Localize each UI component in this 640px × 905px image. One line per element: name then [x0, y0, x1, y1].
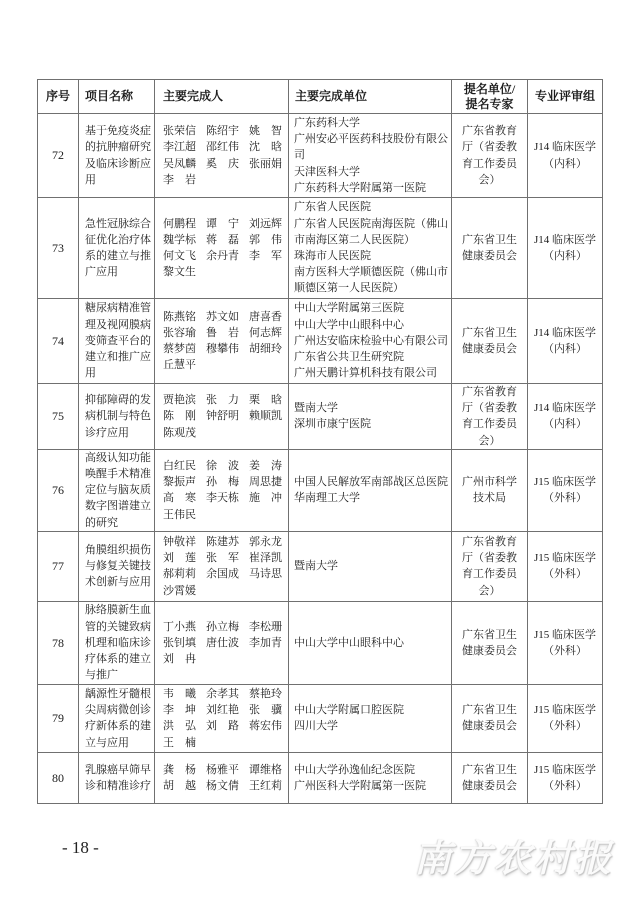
project-name: 高级认知功能唤醒手术精准定位与脑灰质数字图谱建立的研究 [79, 449, 155, 531]
persons-cell: 龚 杨杨雅平谭维格胡 越杨文倩王红莉 [155, 752, 289, 803]
table-row: 72 基于免疫炎症的抗肿瘤研究及临床诊断应用 张荣信陈绍宇姚 智李江超邵红伟沈 … [38, 114, 603, 198]
person-name: 丘慧平 [163, 357, 196, 373]
units-list: 中山大学中山眼科中心 [289, 601, 452, 684]
person-name: 姚 智 [249, 123, 282, 139]
row-number: 80 [38, 752, 79, 803]
person-name: 李 坤 [163, 702, 196, 718]
persons-list: 贾艳滨张 力栗 晗陈 刚钟舒明赖顺凯陈观茂 [163, 392, 282, 441]
review-group: J15 临床医学 （外科） [528, 752, 603, 803]
person-name: 邵红伟 [206, 139, 239, 155]
person-name: 唐仕波 [206, 635, 239, 651]
person-name: 刘 冉 [163, 651, 196, 667]
person-name: 李松珊 [249, 619, 282, 635]
person-name: 鲁 岩 [206, 325, 239, 341]
person-name: 王 楠 [163, 735, 196, 751]
person-name: 胡细玲 [249, 341, 282, 357]
project-name: 急性冠脉综合征优化治疗体系的建立与推广应用 [79, 198, 155, 299]
persons-list: 白红民徐 波姜 涛黎振声孙 梅周思捷高 寒李天栋施 冲王伟民 [163, 458, 282, 523]
header-persons: 主要完成人 [155, 80, 289, 114]
person-name: 李 军 [249, 248, 282, 264]
review-group: J15 临床医学 （外科） [528, 601, 603, 684]
review-group: J15 临床医学 （外科） [528, 684, 603, 752]
person-name: 陈建苏 [206, 534, 239, 550]
table-header-row: 序号 项目名称 主要完成人 主要完成单位 提名单位/ 提名专家 专业评审组 [38, 80, 603, 114]
units-list: 广东省人民医院 广东省人民医院南海医院（佛山市南海区第二人民医院） 珠海市人民医… [289, 198, 452, 299]
person-name: 徐 波 [206, 458, 239, 474]
person-name: 穆攀伟 [206, 341, 239, 357]
header-review-group: 专业评审组 [528, 80, 603, 114]
units-list: 暨南大学 [289, 531, 452, 601]
award-projects-table: 序号 项目名称 主要完成人 主要完成单位 提名单位/ 提名专家 专业评审组 72… [37, 79, 603, 804]
nominator: 广东省卫生健康委员会 [452, 684, 528, 752]
person-name: 张荣信 [163, 123, 196, 139]
newspaper-watermark: 南方农村报 [414, 828, 614, 882]
person-name: 崔泽凯 [249, 550, 282, 566]
person-name: 洪 弘 [163, 718, 196, 734]
review-group: J14 临床医学 （内科） [528, 299, 603, 384]
person-name: 张 骥 [249, 702, 282, 718]
table-row: 80 乳腺癌早筛早诊和精准诊疗 龚 杨杨雅平谭维格胡 越杨文倩王红莉 中山大学孙… [38, 752, 603, 803]
person-name: 钟舒明 [206, 408, 239, 424]
person-name: 栗 晗 [249, 392, 282, 408]
person-name: 陈绍宇 [206, 123, 239, 139]
table-row: 79 龋源性牙髓根尖周病微创诊疗新体系的建立与应用 韦 曦余孝其蔡艳玲李 坤刘红… [38, 684, 603, 752]
project-name: 脉络膜新生血管的关键致病机理和临床诊疗体系的建立与推广 [79, 601, 155, 684]
person-name: 何文飞 [163, 248, 196, 264]
persons-cell: 陈燕铭苏文如唐喜香张容瑜鲁 岩何志辉蔡梦茵穆攀伟胡细玲丘慧平 [155, 299, 289, 384]
person-name: 郭永龙 [249, 534, 282, 550]
person-name: 李天栋 [206, 490, 239, 506]
person-name: 张 力 [206, 392, 239, 408]
project-name: 基于免疫炎症的抗肿瘤研究及临床诊断应用 [79, 114, 155, 198]
persons-cell: 白红民徐 波姜 涛黎振声孙 梅周思捷高 寒李天栋施 冲王伟民 [155, 449, 289, 531]
person-name: 周思捷 [249, 474, 282, 490]
nominator: 广州市科学技术局 [452, 449, 528, 531]
person-name: 李江超 [163, 139, 196, 155]
person-name: 杨雅平 [206, 762, 239, 778]
person-name: 蔡梦茵 [163, 341, 196, 357]
persons-list: 丁小燕孙立梅李松珊张钊填唐仕波李加青刘 冉 [163, 619, 282, 668]
person-name: 沈 晗 [249, 139, 282, 155]
person-name: 张丽娟 [249, 156, 282, 172]
header-no: 序号 [38, 80, 79, 114]
header-nominator: 提名单位/ 提名专家 [452, 80, 528, 114]
table-row: 74 糖尿病精准管理及视网膜病变筛查平台的建立和推广应用 陈燕铭苏文如唐喜香张容… [38, 299, 603, 384]
person-name: 赖顺凯 [249, 408, 282, 424]
person-name: 蒋 磊 [206, 232, 239, 248]
person-name: 陈观茂 [163, 425, 196, 441]
person-name: 刘远辉 [249, 216, 282, 232]
persons-cell: 何鹏程谭 宁刘远辉魏学标蒋 磊郭 伟何文飞余丹青李 军黎文生 [155, 198, 289, 299]
units-list: 广东药科大学 广州安必平医药科技股份有限公司 天津医科大学 广东药科大学附属第一… [289, 114, 452, 198]
person-name: 姜 涛 [249, 458, 282, 474]
nominator: 广东省卫生健康委员会 [452, 601, 528, 684]
project-name: 抑郁障碍的发病机制与特色诊疗应用 [79, 384, 155, 450]
person-name: 郝莉莉 [163, 566, 196, 582]
person-name: 高 寒 [163, 490, 196, 506]
person-name: 龚 杨 [163, 762, 196, 778]
units-list: 中山大学附属口腔医院 四川大学 [289, 684, 452, 752]
project-name: 角膜组织损伤与修复关键技术创新与应用 [79, 531, 155, 601]
header-project-name: 项目名称 [79, 80, 155, 114]
row-number: 74 [38, 299, 79, 384]
review-group: J15 临床医学 （外科） [528, 531, 603, 601]
table-row: 73 急性冠脉综合征优化治疗体系的建立与推广应用 何鹏程谭 宁刘远辉魏学标蒋 磊… [38, 198, 603, 299]
nominator: 广东省卫生健康委员会 [452, 752, 528, 803]
row-number: 76 [38, 449, 79, 531]
person-name: 刘 莲 [163, 550, 196, 566]
person-name: 黎文生 [163, 264, 196, 280]
nominator: 广东省教育厅（省委教育工作委员会） [452, 531, 528, 601]
persons-cell: 张荣信陈绍宇姚 智李江超邵红伟沈 晗吴凤麟奚 庆张丽娟李 岩 [155, 114, 289, 198]
person-name: 蒋宏伟 [249, 718, 282, 734]
person-name: 孙 梅 [206, 474, 239, 490]
person-name: 蔡艳玲 [249, 686, 282, 702]
table-row: 78 脉络膜新生血管的关键致病机理和临床诊疗体系的建立与推广 丁小燕孙立梅李松珊… [38, 601, 603, 684]
project-name: 乳腺癌早筛早诊和精准诊疗 [79, 752, 155, 803]
review-group: J15 临床医学 （外科） [528, 449, 603, 531]
person-name: 王红莉 [249, 778, 282, 794]
nominator: 广东省教育厅（省委教育工作委员会） [452, 384, 528, 450]
person-name: 奚 庆 [206, 156, 239, 172]
persons-list: 钟敬祥陈建苏郭永龙刘 莲张 军崔泽凯郝莉莉余国成马诗思沙霄媛 [163, 534, 282, 599]
person-name: 胡 越 [163, 778, 196, 794]
person-name: 贾艳滨 [163, 392, 196, 408]
persons-list: 陈燕铭苏文如唐喜香张容瑜鲁 岩何志辉蔡梦茵穆攀伟胡细玲丘慧平 [163, 309, 282, 374]
project-name: 糖尿病精准管理及视网膜病变筛查平台的建立和推广应用 [79, 299, 155, 384]
units-list: 中山大学孙逸仙纪念医院 广州医科大学附属第一医院 [289, 752, 452, 803]
row-number: 75 [38, 384, 79, 450]
persons-cell: 贾艳滨张 力栗 晗陈 刚钟舒明赖顺凯陈观茂 [155, 384, 289, 450]
person-name: 唐喜香 [249, 309, 282, 325]
nominator: 广东省卫生健康委员会 [452, 198, 528, 299]
person-name: 郭 伟 [249, 232, 282, 248]
person-name: 魏学标 [163, 232, 196, 248]
person-name: 何志辉 [249, 325, 282, 341]
person-name: 陈 刚 [163, 408, 196, 424]
person-name: 孙立梅 [206, 619, 239, 635]
table-row: 76 高级认知功能唤醒手术精准定位与脑灰质数字图谱建立的研究 白红民徐 波姜 涛… [38, 449, 603, 531]
units-list: 中山大学附属第三医院 中山大学中山眼科中心 广州达安临床检验中心有限公司 广东省… [289, 299, 452, 384]
person-name: 王伟民 [163, 507, 196, 523]
person-name: 黎振声 [163, 474, 196, 490]
person-name: 白红民 [163, 458, 196, 474]
person-name: 余孝其 [206, 686, 239, 702]
review-group: J14 临床医学 （内科） [528, 114, 603, 198]
persons-cell: 钟敬祥陈建苏郭永龙刘 莲张 军崔泽凯郝莉莉余国成马诗思沙霄媛 [155, 531, 289, 601]
review-group: J14 临床医学 （内科） [528, 198, 603, 299]
person-name: 余丹青 [206, 248, 239, 264]
person-name: 余国成 [206, 566, 239, 582]
nominator: 广东省教育厅（省委教育工作委员会） [452, 114, 528, 198]
person-name: 吴凤麟 [163, 156, 196, 172]
person-name: 李 岩 [163, 172, 196, 188]
person-name: 刘 路 [206, 718, 239, 734]
row-number: 79 [38, 684, 79, 752]
person-name: 沙霄媛 [163, 583, 196, 599]
person-name: 张容瑜 [163, 325, 196, 341]
persons-cell: 丁小燕孙立梅李松珊张钊填唐仕波李加青刘 冉 [155, 601, 289, 684]
persons-cell: 韦 曦余孝其蔡艳玲李 坤刘红艳张 骥洪 弘刘 路蒋宏伟王 楠 [155, 684, 289, 752]
row-number: 72 [38, 114, 79, 198]
person-name: 张钊填 [163, 635, 196, 651]
person-name: 施 冲 [249, 490, 282, 506]
header-units: 主要完成单位 [289, 80, 452, 114]
person-name: 刘红艳 [206, 702, 239, 718]
table-row: 75 抑郁障碍的发病机制与特色诊疗应用 贾艳滨张 力栗 晗陈 刚钟舒明赖顺凯陈观… [38, 384, 603, 450]
project-name: 龋源性牙髓根尖周病微创诊疗新体系的建立与应用 [79, 684, 155, 752]
units-list: 暨南大学 深圳市康宁医院 [289, 384, 452, 450]
row-number: 77 [38, 531, 79, 601]
person-name: 苏文如 [206, 309, 239, 325]
persons-list: 龚 杨杨雅平谭维格胡 越杨文倩王红莉 [163, 762, 282, 794]
person-name: 钟敬祥 [163, 534, 196, 550]
person-name: 李加青 [249, 635, 282, 651]
person-name: 何鹏程 [163, 216, 196, 232]
persons-list: 韦 曦余孝其蔡艳玲李 坤刘红艳张 骥洪 弘刘 路蒋宏伟王 楠 [163, 686, 282, 751]
persons-list: 何鹏程谭 宁刘远辉魏学标蒋 磊郭 伟何文飞余丹青李 军黎文生 [163, 216, 282, 281]
units-list: 中国人民解放军南部战区总医院 华南理工大学 [289, 449, 452, 531]
person-name: 韦 曦 [163, 686, 196, 702]
page-number: - 18 - [62, 838, 99, 858]
table-row: 77 角膜组织损伤与修复关键技术创新与应用 钟敬祥陈建苏郭永龙刘 莲张 军崔泽凯… [38, 531, 603, 601]
person-name: 马诗思 [249, 566, 282, 582]
review-group: J14 临床医学 （内科） [528, 384, 603, 450]
persons-list: 张荣信陈绍宇姚 智李江超邵红伟沈 晗吴凤麟奚 庆张丽娟李 岩 [163, 123, 282, 188]
person-name: 张 军 [206, 550, 239, 566]
person-name: 谭 宁 [206, 216, 239, 232]
nominator: 广东省卫生健康委员会 [452, 299, 528, 384]
row-number: 73 [38, 198, 79, 299]
person-name: 陈燕铭 [163, 309, 196, 325]
person-name: 谭维格 [249, 762, 282, 778]
row-number: 78 [38, 601, 79, 684]
person-name: 杨文倩 [206, 778, 239, 794]
person-name: 丁小燕 [163, 619, 196, 635]
